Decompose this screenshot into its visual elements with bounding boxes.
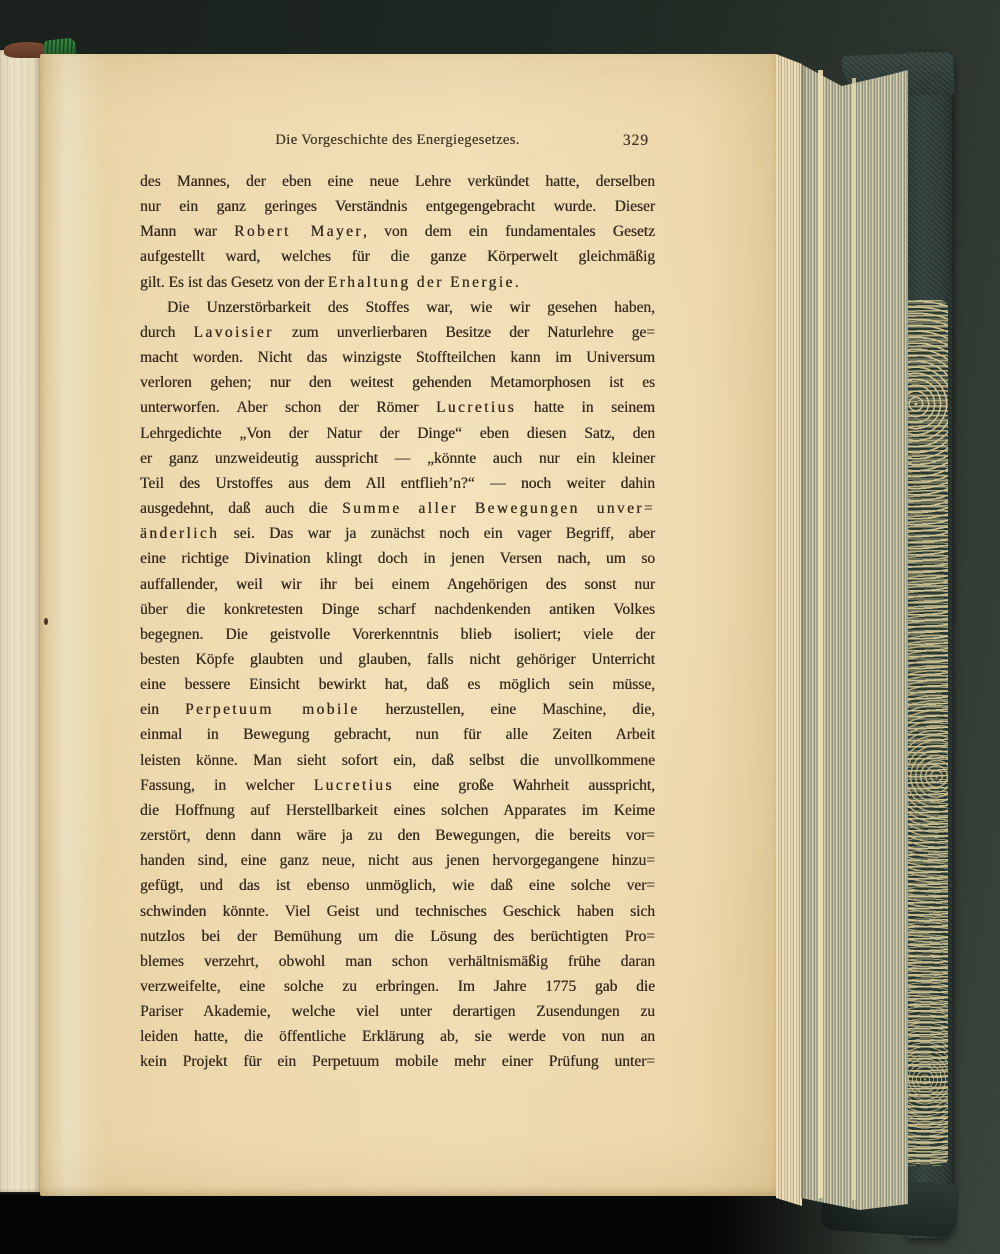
text-line: unterworfen. Aber schon der Römer Lucret… (140, 395, 655, 420)
text-segment: Teil des Urstoffes aus dem All entflieh’… (140, 475, 655, 492)
page-header: Die Vorgeschichte des Energiegesetzes. 3… (140, 132, 655, 156)
letterspaced-text-segment: änderlich (140, 525, 219, 542)
text-line: macht worden. Nicht das winzigste Stofft… (140, 345, 655, 370)
text-segment: gilt. Es ist das Gesetz von der (140, 274, 328, 291)
text-segment: verzweifelte, eine solche zu erbringen. … (140, 978, 655, 995)
text-segment: zum unverlierbaren Besitze der Naturlehr… (274, 324, 655, 341)
text-segment: gefügt, und das ist ebenso unmöglich, wi… (140, 877, 655, 894)
text-line: verloren gehen; nur den weitest gehenden… (140, 370, 655, 395)
text-line: durch Lavoisier zum unverlierbaren Besit… (140, 320, 655, 345)
text-segment: , von dem ein fundamentales Gesetz (363, 223, 655, 240)
text-segment: handen sind, eine ganz neue, nicht aus j… (140, 852, 655, 869)
text-segment: unterworfen. Aber schon der Römer (140, 399, 436, 416)
text-segment: blemes verzehrt, obwohl man schon verhäl… (140, 953, 655, 970)
text-line: ein Perpetuum mobile herzustellen, eine … (140, 697, 655, 722)
text-segment: leiden hatte, die öffentliche Erklärung … (140, 1028, 655, 1045)
text-segment: verloren gehen; nur den weitest gehenden… (140, 374, 655, 391)
text-segment: hatte in seinem (516, 399, 655, 416)
text-segment: ein (140, 701, 185, 718)
letterspaced-text-segment: Perpetuum mobile (185, 701, 360, 718)
text-segment: aufgestellt ward, welches für die ganze … (140, 248, 655, 265)
text-segment: einmal in Bewegung gebracht, nun für all… (140, 726, 655, 743)
fore-edge-pages-near (776, 54, 802, 1206)
page-number: 329 (623, 132, 649, 150)
text-segment: die Hoffnung auf Herstellbarkeit eines s… (140, 802, 655, 819)
text-segment: Mann war (140, 223, 234, 240)
text-segment: zerstört, denn dann wäre ja zu den Beweg… (140, 827, 655, 844)
text-line: er ganz unzweideutig ausspricht — „könnt… (140, 446, 655, 471)
left-page-stack-edge (0, 50, 42, 1192)
book-page: Die Vorgeschichte des Energiegesetzes. 3… (40, 54, 778, 1196)
text-segment: er ganz unzweideutig ausspricht — „könnt… (140, 450, 655, 467)
running-title: Die Vorgeschichte des Energiegesetzes. (275, 132, 519, 148)
text-segment: über die konkretesten Dinge scharf nachd… (140, 601, 655, 618)
text-line: leiden hatte, die öffentliche Erklärung … (140, 1024, 655, 1049)
text-segment: Pariser Akademie, welche viel unter dera… (140, 1003, 655, 1020)
text-line: über die konkretesten Dinge scharf nachd… (140, 597, 655, 622)
text-segment: kein Projekt für ein Perpetuum mobile me… (140, 1053, 655, 1070)
letterspaced-text-segment: Summe aller Bewegungen unver= (342, 500, 655, 517)
text-segment: Fassung, in welcher (140, 777, 314, 794)
text-segment: . (515, 274, 519, 291)
text-segment: herzustellen, eine Maschine, die, (360, 701, 655, 718)
text-line: gilt. Es ist das Gesetz von der Erhaltun… (140, 270, 655, 295)
text-line: begegnen. Die geistvolle Vorerkenntnis b… (140, 622, 655, 647)
text-segment: nur ein ganz geringes Verständnis entgeg… (140, 198, 655, 215)
text-segment: eine große Wahrheit ausspricht, (394, 777, 655, 794)
text-line: blemes verzehrt, obwohl man schon verhäl… (140, 949, 655, 974)
text-segment: des Mannes, der eben eine neue Lehre ver… (140, 173, 655, 190)
text-line: einmal in Bewegung gebracht, nun für all… (140, 722, 655, 747)
letterspaced-text-segment: Lucretius (314, 777, 394, 794)
text-line: änderlich sei. Das war ja zunächst noch … (140, 521, 655, 546)
text-segment: ausgedehnt, daß auch die (140, 500, 342, 517)
text-segment: eine richtige Divination klingt doch in … (140, 550, 655, 567)
text-line: nutzlos bei der Bemühung um die Lösung d… (140, 924, 655, 949)
marbled-cover-pattern (902, 300, 948, 1166)
text-segment: eine bessere Einsicht bewirkt hat, daß e… (140, 676, 655, 693)
text-segment: macht worden. Nicht das winzigste Stofft… (140, 349, 655, 366)
text-line: kein Projekt für ein Perpetuum mobile me… (140, 1049, 655, 1074)
fore-edge-light-band (852, 78, 856, 1200)
text-segment: besten Köpfe glaubten und glauben, falls… (140, 651, 655, 668)
letterspaced-text-segment: Lucretius (436, 399, 516, 416)
body-text: des Mannes, der eben eine neue Lehre ver… (140, 169, 655, 1075)
text-segment: begegnen. Die geistvolle Vorerkenntnis b… (140, 626, 655, 643)
letterspaced-text-segment: Robert Mayer (234, 223, 363, 240)
text-segment: nutzlos bei der Bemühung um die Lösung d… (140, 928, 655, 945)
text-line: Die Unzerstörbarkeit des Stoffes war, wi… (140, 295, 655, 320)
text-segment: auffallender, weil wir ihr bei einem Ang… (140, 576, 655, 593)
text-line: zerstört, denn dann wäre ja zu den Beweg… (140, 823, 655, 848)
text-line: Teil des Urstoffes aus dem All entflieh’… (140, 471, 655, 496)
text-segment: leisten könne. Man sieht sofort ein, daß… (140, 752, 655, 769)
text-line: eine richtige Divination klingt doch in … (140, 546, 655, 571)
shadow-under-book (0, 1194, 888, 1254)
letterspaced-text-segment: Lavoisier (194, 324, 274, 341)
text-line: gefügt, und das ist ebenso unmöglich, wi… (140, 873, 655, 898)
sewing-speck (44, 618, 48, 625)
text-line: eine bessere Einsicht bewirkt hat, daß e… (140, 672, 655, 697)
text-segment: Die Unzerstörbarkeit des Stoffes war, wi… (167, 299, 655, 316)
photo-scene: Die Vorgeschichte des Energiegesetzes. 3… (0, 0, 1000, 1254)
text-line: aufgestellt ward, welches für die ganze … (140, 244, 655, 269)
text-line: verzweifelte, eine solche zu erbringen. … (140, 974, 655, 999)
text-line: Pariser Akademie, welche viel unter dera… (140, 999, 655, 1024)
letterspaced-text-segment: Erhaltung der Energie (328, 274, 515, 291)
fore-edge-light-band (818, 70, 823, 1198)
text-line: handen sind, eine ganz neue, nicht aus j… (140, 848, 655, 873)
text-line: die Hoffnung auf Herstellbarkeit eines s… (140, 798, 655, 823)
text-line: schwinden könnte. Viel Geist und technis… (140, 899, 655, 924)
text-line: nur ein ganz geringes Verständnis entgeg… (140, 194, 655, 219)
text-segment: sei. Das war ja zunächst noch ein vager … (219, 525, 655, 542)
text-segment: durch (140, 324, 194, 341)
text-line: besten Köpfe glaubten und glauben, falls… (140, 647, 655, 672)
text-segment: Lehrgedichte „Von der Natur der Dinge“ e… (140, 425, 655, 442)
text-segment: schwinden könnte. Viel Geist und technis… (140, 903, 655, 920)
text-line: ausgedehnt, daß auch die Summe aller Bew… (140, 496, 655, 521)
text-line: des Mannes, der eben eine neue Lehre ver… (140, 169, 655, 194)
text-line: auffallender, weil wir ihr bei einem Ang… (140, 572, 655, 597)
text-line: Mann war Robert Mayer, von dem ein funda… (140, 219, 655, 244)
text-line: Lehrgedichte „Von der Natur der Dinge“ e… (140, 421, 655, 446)
text-line: Fassung, in welcher Lucretius eine große… (140, 773, 655, 798)
text-line: leisten könne. Man sieht sofort ein, daß… (140, 748, 655, 773)
